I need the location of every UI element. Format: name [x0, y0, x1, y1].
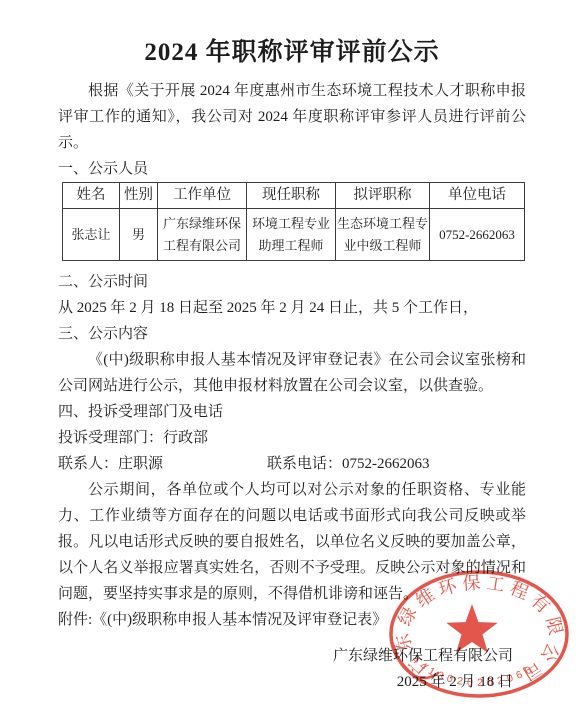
- attachment-line: 附件:《(中)级职称申报人基本情况及评审登记表》: [58, 607, 526, 633]
- col-header-work-unit: 工作单位: [158, 183, 247, 209]
- cell-current-title: 环境工程专业助理工程师: [247, 209, 336, 261]
- document-title: 2024 年职称评审评前公示: [58, 36, 526, 70]
- signature-date: 2025 年 2 月 18 日: [58, 669, 513, 695]
- signature-block: 广东绿维环保工程有限公司 2025 年 2 月 18 日: [58, 643, 526, 695]
- section-2-heading: 二、公示时间: [58, 269, 526, 295]
- cell-work-unit: 广东绿维环保工程有限公司: [158, 209, 247, 261]
- section-4-heading: 四、投诉受理部门及电话: [58, 399, 526, 425]
- section-2-body: 从 2025 年 2 月 18 日起至 2025 年 2 月 24 日止，共 5…: [58, 295, 526, 321]
- col-header-phone: 单位电话: [430, 183, 525, 209]
- col-header-current-title: 现任职称: [247, 183, 336, 209]
- contact-phone: 联系电话：0752-2662063: [267, 451, 430, 477]
- cell-gender: 男: [120, 209, 158, 261]
- col-header-gender: 性别: [120, 183, 158, 209]
- section-3-body: 《(中)级职称申报人基本情况及评审登记表》在公司会议室张榜和公司网站进行公示，其…: [58, 347, 526, 399]
- cell-phone: 0752-2662063: [430, 209, 525, 261]
- notice-document-page: 2024 年职称评审评前公示 根据《关于开展 2024 年度惠州市生态环境工程技…: [0, 0, 582, 709]
- col-header-proposed-title: 拟评职称: [336, 183, 430, 209]
- notice-paragraph: 公示期间，各单位或个人均可以对公示对象的任职资格、专业能力、工作业绩等方面存在的…: [58, 477, 526, 607]
- section-1-heading: 一、公示人员: [58, 156, 526, 182]
- col-header-name: 姓名: [63, 183, 120, 209]
- intro-paragraph: 根据《关于开展 2024 年度惠州市生态环境工程技术人才职称申报评审工作的通知》…: [58, 78, 526, 156]
- contact-line: 联系人：庄职源 联系电话：0752-2662063: [58, 451, 526, 477]
- persons-table: 姓名 性别 工作单位 现任职称 拟评职称 单位电话 张志让 男 广东绿维环保工程…: [62, 182, 525, 261]
- table-row: 张志让 男 广东绿维环保工程有限公司 环境工程专业助理工程师 生态环境工程专业中…: [63, 209, 525, 261]
- table-header-row: 姓名 性别 工作单位 现任职称 拟评职称 单位电话: [63, 183, 525, 209]
- contact-person: 联系人：庄职源: [58, 451, 267, 477]
- cell-name: 张志让: [63, 209, 120, 261]
- cell-proposed-title: 生态环境工程专业中级工程师: [336, 209, 430, 261]
- section-3-heading: 三、公示内容: [58, 321, 526, 347]
- complaint-department-line: 投诉受理部门：行政部: [58, 425, 526, 451]
- signature-company: 广东绿维环保工程有限公司: [58, 643, 513, 669]
